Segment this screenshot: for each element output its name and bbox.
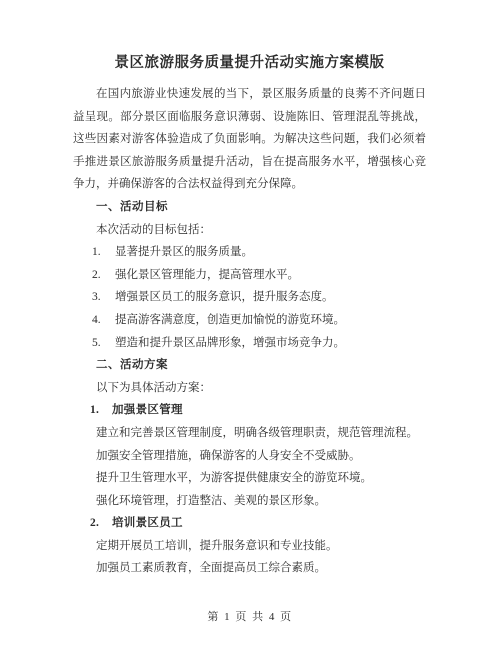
section-plan-heading: 二、活动方案: [73, 354, 426, 377]
section-goals-lead: 本次活动的目标包括：: [73, 219, 426, 242]
goal-number: 1.: [92, 241, 115, 264]
subsection-title: 培训景区员工: [112, 517, 183, 529]
goal-number: 2.: [92, 264, 115, 287]
goal-number: 3.: [92, 286, 115, 309]
goal-text: 塑造和提升景区品牌形象，增强市场竞争力。: [115, 337, 345, 349]
goal-text: 显著提升景区的服务质量。: [115, 246, 253, 258]
intro-paragraph: 在国内旅游业快速发展的当下，景区服务质量的良莠不齐问题日益呈现。部分景区面临服务…: [73, 83, 426, 196]
goal-text: 提高游客满意度，创造更加愉悦的游览环境。: [115, 314, 345, 326]
plan-paragraph: 提升卫生管理水平，为游客提供健康安全的游览环境。: [73, 467, 426, 490]
goal-item: 2.强化景区管理能力，提高管理水平。: [73, 264, 426, 287]
section-goals-heading: 一、活动目标: [73, 196, 426, 219]
subsection-number: 1.: [90, 399, 112, 422]
subsection-heading: 2.培训景区员工: [73, 512, 426, 535]
goal-number: 5.: [92, 332, 115, 355]
goal-text: 增强景区员工的服务意识，提升服务态度。: [115, 291, 334, 303]
goal-number: 4.: [92, 309, 115, 332]
section-plan-lead: 以下为具体活动方案：: [73, 377, 426, 400]
document-body: 景区旅游服务质量提升活动实施方案模版 在国内旅游业快速发展的当下，景区服务质量的…: [73, 0, 426, 580]
subsection-number: 2.: [90, 512, 112, 535]
page-title: 景区旅游服务质量提升活动实施方案模版: [73, 52, 426, 75]
page-number-footer: 第 1 页 共 4 页: [0, 610, 500, 624]
goal-item: 1.显著提升景区的服务质量。: [73, 241, 426, 264]
subsection-heading: 1.加强景区管理: [73, 399, 426, 422]
plan-paragraph: 建立和完善景区管理制度，明确各级管理职责，规范管理流程。: [73, 422, 426, 445]
goal-text: 强化景区管理能力，提高管理水平。: [115, 269, 299, 281]
plan-paragraph: 加强安全管理措施，确保游客的人身安全不受威胁。: [73, 445, 426, 468]
plan-paragraph: 定期开展员工培训，提升服务意识和专业技能。: [73, 535, 426, 558]
goal-item: 4.提高游客满意度，创造更加愉悦的游览环境。: [73, 309, 426, 332]
plan-paragraph: 强化环境管理，打造整洁、美观的景区形象。: [73, 490, 426, 513]
goal-item: 5.塑造和提升景区品牌形象，增强市场竞争力。: [73, 332, 426, 355]
subsection-title: 加强景区管理: [112, 404, 183, 416]
goal-item: 3.增强景区员工的服务意识，提升服务态度。: [73, 286, 426, 309]
plan-paragraph: 加强员工素质教育，全面提高员工综合素质。: [73, 557, 426, 580]
document-page: 景区旅游服务质量提升活动实施方案模版 在国内旅游业快速发展的当下，景区服务质量的…: [0, 0, 500, 647]
